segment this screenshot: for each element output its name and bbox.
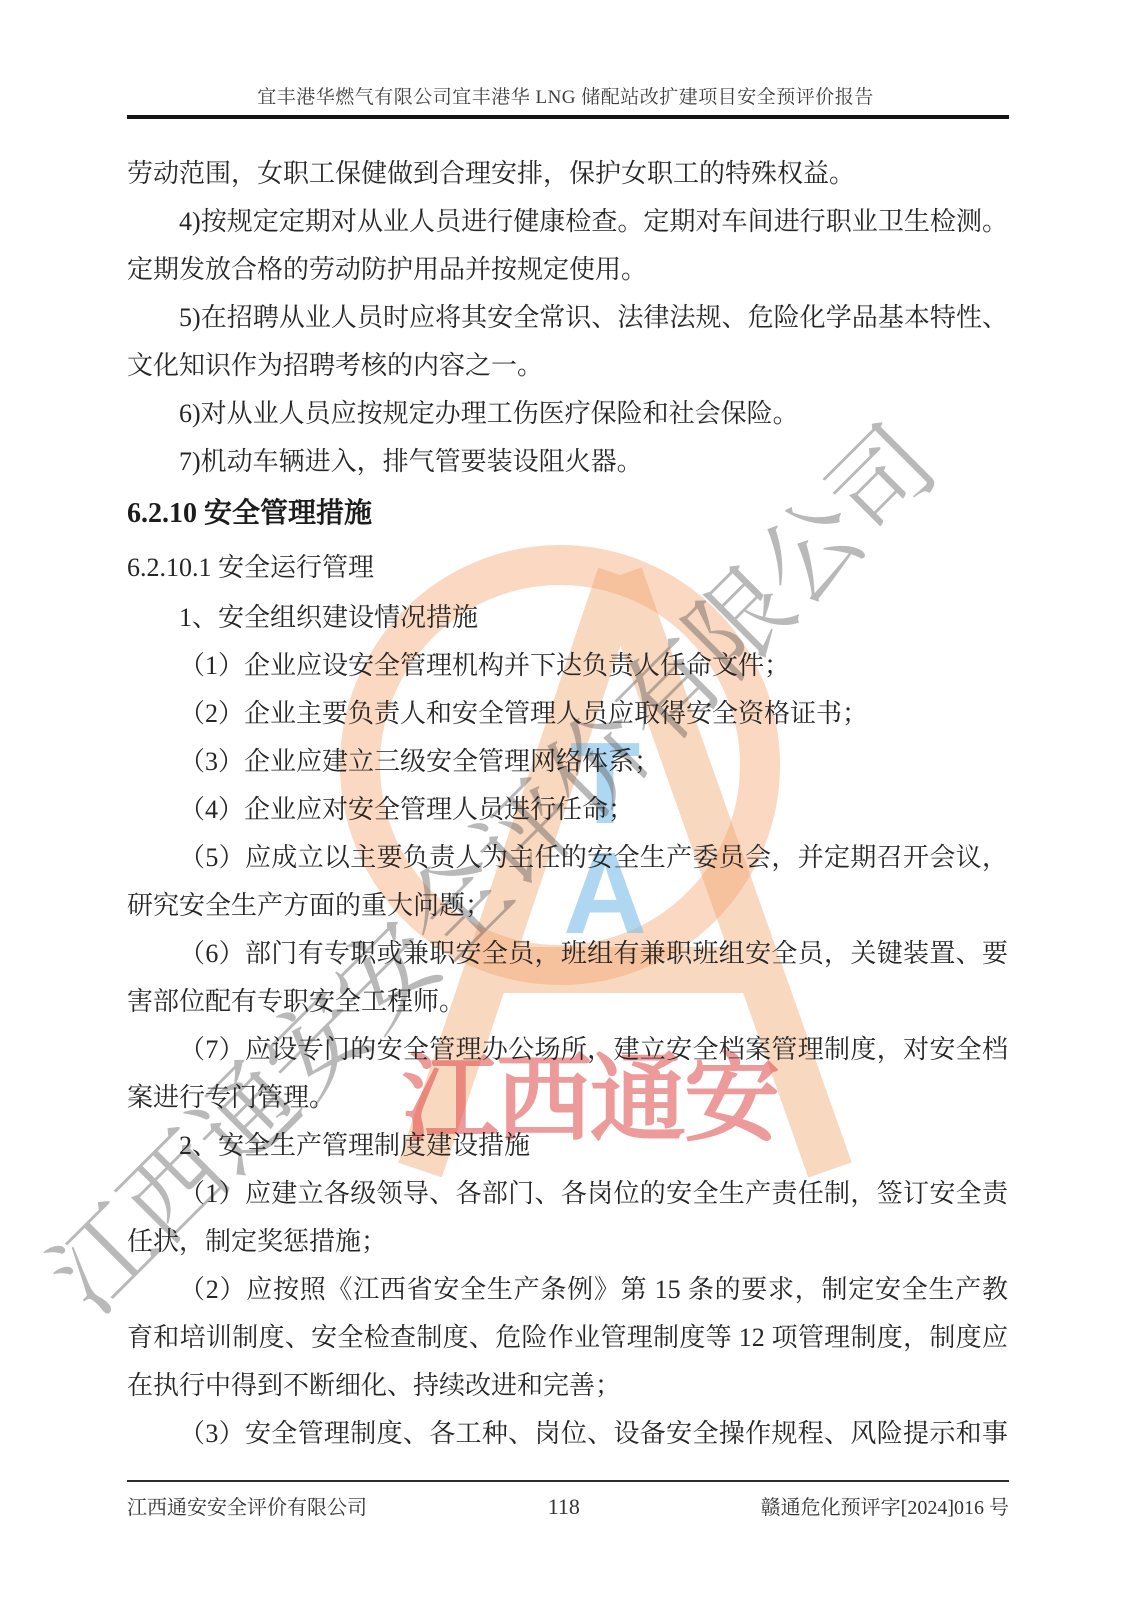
text-line: 任状，制定奖惩措施；: [127, 1218, 1008, 1266]
header-rule: [127, 115, 1009, 119]
text-line: 6)对从业人员应按规定办理工伤医疗保险和社会保险。: [127, 390, 1008, 438]
text-line: （3）企业应建立三级安全管理网络体系；: [127, 738, 1008, 786]
text-line: 1、安全组织建设情况措施: [127, 594, 1008, 642]
body-text: 劳动范围，女职工保健做到合理安排，保护女职工的特殊权益。4)按规定定期对从业人员…: [127, 150, 1008, 1458]
text-line: 研究安全生产方面的重大问题；: [127, 882, 1008, 930]
text-line: （5）应成立以主要负责人为主任的安全生产委员会，并定期召开会议，: [127, 834, 1008, 882]
text-line: 劳动范围，女职工保健做到合理安排，保护女职工的特殊权益。: [127, 150, 1008, 198]
text-line: 2、安全生产管理制度建设措施: [127, 1122, 1008, 1170]
text-line: 在执行中得到不断细化、持续改进和完善；: [127, 1362, 1008, 1410]
page-number: 118: [548, 1494, 580, 1520]
text-line: 7)机动车辆进入，排气管要装设阻火器。: [127, 438, 1008, 486]
text-line: （2）应按照《江西省安全生产条例》第 15 条的要求，制定安全生产教: [127, 1266, 1008, 1314]
footer-company: 江西通安安全评价有限公司: [127, 1491, 367, 1520]
footer-doc-number: 赣通危化预评字[2024]016 号: [761, 1491, 1009, 1520]
footer-rule: [127, 1480, 1009, 1482]
text-line: 文化知识作为招聘考核的内容之一。: [127, 342, 1008, 390]
text-line: （7）应设专门的安全管理办公场所，建立安全档案管理制度，对安全档: [127, 1026, 1008, 1074]
text-line: （3）安全管理制度、各工种、岗位、设备安全操作规程、风险提示和事: [127, 1410, 1008, 1458]
page-footer: 江西通安安全评价有限公司 118 赣通危化预评字[2024]016 号: [127, 1491, 1009, 1520]
text-line: 4)按规定定期对从业人员进行健康检查。定期对车间进行职业卫生检测。: [127, 198, 1008, 246]
text-line: （2）企业主要负责人和安全管理人员应取得安全资格证书；: [127, 690, 1008, 738]
text-line: 定期发放合格的劳动防护用品并按规定使用。: [127, 246, 1008, 294]
text-line: 5)在招聘从业人员时应将其安全常识、法律法规、危险化学品基本特性、: [127, 294, 1008, 342]
page-header-title: 宜丰港华燃气有限公司宜丰港华 LNG 储配站改扩建项目安全预评价报告: [0, 82, 1131, 109]
text-line: （6）部门有专职或兼职安全员，班组有兼职班组安全员，关键装置、要: [127, 930, 1008, 978]
document-page: TA 江西通安安全评价有限公司 江西通安 宜丰港华燃气有限公司宜丰港华 LNG …: [0, 0, 1131, 1600]
text-line: （1）企业应设安全管理机构并下达负责人任命文件；: [127, 642, 1008, 690]
text-line: （4）企业应对安全管理人员进行任命；: [127, 786, 1008, 834]
text-line: 害部位配有专职安全工程师。: [127, 978, 1008, 1026]
text-line: 案进行专门管理。: [127, 1074, 1008, 1122]
text-line: 育和培训制度、安全检查制度、危险作业管理制度等 12 项管理制度，制度应: [127, 1314, 1008, 1362]
section-heading: 6.2.10 安全管理措施: [127, 486, 1008, 542]
text-line: 6.2.10.1 安全运行管理: [127, 542, 1008, 594]
text-line: （1）应建立各级领导、各部门、各岗位的安全生产责任制，签订安全责: [127, 1170, 1008, 1218]
